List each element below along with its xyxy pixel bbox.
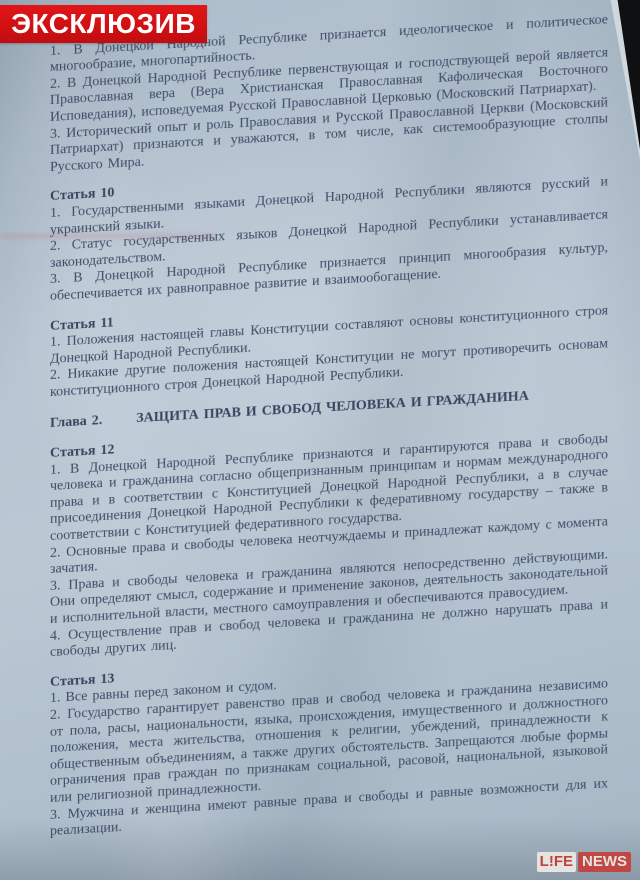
lifenews-logo: L!FE NEWS: [537, 852, 631, 872]
article-12: Статья 12 1. В Донецкой Народной Республ…: [50, 414, 608, 661]
document-text: Статья 9 1. В Донецкой Народной Республи…: [50, 0, 608, 841]
photo-of-document: Статья 9 1. В Донецкой Народной Республи…: [0, 0, 640, 880]
lifenews-logo-life: L!FE: [537, 852, 576, 872]
exclusive-badge: ЭКСКЛЮЗИВ: [0, 5, 207, 43]
chapter-2-label: Глава 2.: [50, 414, 102, 432]
article-10: Статья 10 1. Государственными языками До…: [50, 158, 608, 306]
article-11: Статья 11 1. Положения настоящей главы К…: [50, 287, 608, 402]
chapter-2-title: ЗАЩИТА ПРАВ И СВОБОД ЧЕЛОВЕКА И ГРАЖДАНИ…: [136, 389, 529, 426]
article-13: Статья 13 1. Все равны перед законом и с…: [50, 643, 608, 841]
lifenews-logo-news: NEWS: [578, 852, 631, 872]
